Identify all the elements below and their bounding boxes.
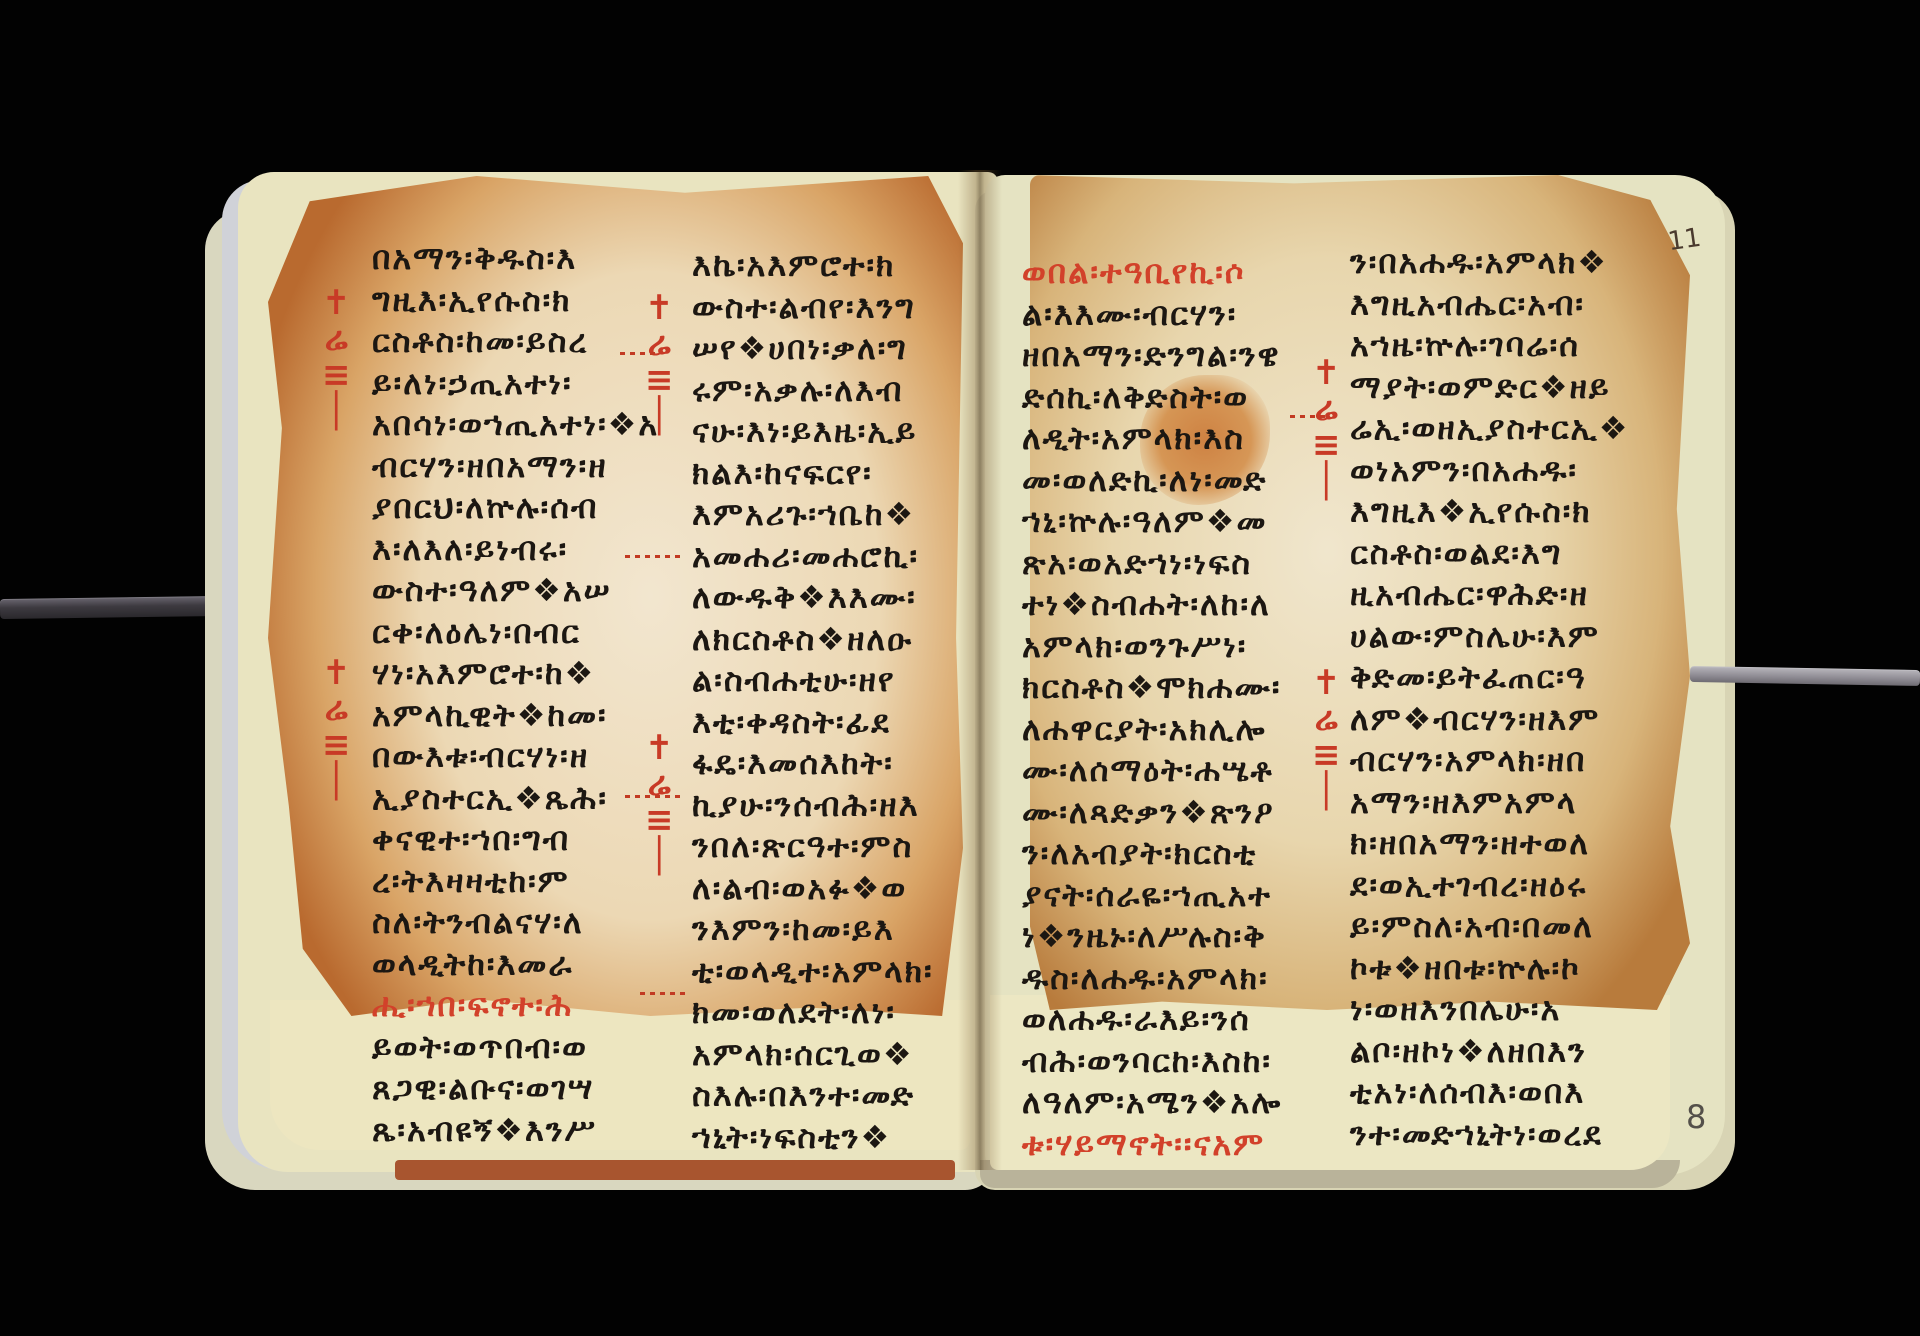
text-line: እግዚአብሔር፡አብ፡ [1350, 284, 1629, 326]
text-line: ኪያሁ፡ንሰብሕ፡ዘእ [692, 785, 934, 827]
text-line: መ፡ወለድኪ፡ለነ፡መድ [1022, 460, 1282, 502]
left-page-column-1: በአማን፡ቅዱስ፡እ ግዚእ፡ኢየሱስ፡ክ ርስቶስ፡ከመ፡ይስረ ይ፡ለነ፡ኃ… [372, 238, 659, 1151]
text-line: ነ❖ንዜኑ፡ለሥሉስ፡ቅ [1022, 916, 1282, 958]
text-line: ይ፡ለነ፡ኃጢአተነ፡ [372, 363, 659, 405]
text-line: ኀኒ፡ኵሉ፡ዓለም❖መ [1022, 501, 1282, 543]
text-line: ንእምን፡ከመ፡ይእ [692, 909, 934, 951]
text-line: ክልእ፡ከናፍርየ፡ [692, 453, 934, 495]
text-line: ቅድመ፡ይትፈጠር፡ዓ [1350, 657, 1629, 699]
text-line: ሀልው፡ምስሌሁ፡እም [1350, 616, 1629, 658]
text-line: በአማን፡ቅዱስ፡እ [372, 238, 659, 280]
text-line: ይ፡ምስለ፡አብ፡በመለ [1350, 906, 1629, 948]
text-line: ሙ፡ለጻድቃን❖ጽንዖ [1022, 792, 1282, 834]
text-line: ሠየ❖ሀበነ፡ቃለ፡ግ [692, 328, 934, 370]
text-line: ቲ፡ወላዲተ፡አምላክ፡ [692, 951, 934, 993]
text-line: ለ፡ልብ፡ወአፉ❖ወ [692, 868, 934, 910]
text-line: ጼ፡አብዩኝ❖እንሥ [372, 1110, 659, 1152]
right-page-column-2: ን፡በአሐዱ፡አምላክ❖ እግዚአብሔር፡አብ፡ አኀዜ፡ኵሉ፡ገባሬ፡ሰ ማያ… [1350, 242, 1629, 1155]
text-line: ኀኒት፡ነፍስቲን❖ [692, 1117, 934, 1159]
text-line-rubricated: ወበል፡ተዓቢየኪ፡ሶ [1022, 252, 1282, 294]
text-line: ጸጋዊ፡ልቡና፡ወገሣ [372, 1068, 659, 1110]
text-line: ለዓለም፡አሜን❖አሎ [1022, 1082, 1282, 1124]
text-line: ለውዱቅ❖እእሙ፡ [692, 577, 934, 619]
text-line: አማን፡ዘእምአምላ [1350, 782, 1629, 824]
text-line: አምላክ፡ሰርጊወ❖ [692, 1034, 934, 1076]
text-line: ርስቶስ፡ከመ፡ይስረ [372, 321, 659, 363]
text-line: አኀዜ፡ኵሉ፡ገባሬ፡ሰ [1350, 325, 1629, 367]
text-line: ናሁ፡እነ፡ይእዜ፡ኢይ [692, 411, 934, 453]
text-line: ክርስቶስ❖ሞክሐሙ፡ [1022, 667, 1282, 709]
rubric-cross-mark-icon: ✝ሬ≡│ [322, 655, 351, 799]
text-line: ደ፡ወኢተገብረ፡ዘዕሩ [1350, 865, 1629, 907]
manuscript-photo: ✝ሬ≡│ ✝ሬ≡│ ✝ሬ≡│ ✝ሬ≡│ ✝ሬ≡│ ✝ሬ≡│ በአማን፡ቅዱስ፡እ… [0, 0, 1920, 1336]
text-line: ብርሃን፡ዘበአማን፡ዘ [372, 446, 659, 488]
text-line: ቀናዊተ፡ኀበ፡ግብ [372, 819, 659, 861]
text-line: አምላክ፡ወንጉሥነ፡ [1022, 626, 1282, 668]
leather-edge-left [395, 1160, 955, 1180]
text-line: ወነአምን፡በአሐዱ፡ [1350, 450, 1629, 492]
text-line: ማያት፡ወምድር❖ዘይ [1350, 367, 1629, 409]
right-page-column-1: ወበል፡ተዓቢየኪ፡ሶ ል፡እእሙ፡ብርሃን፡ ዘበአማን፡ድንግል፡ንዌ ድሰ… [1022, 252, 1282, 1165]
text-line: ሃነ፡አእምሮተ፡ከ❖ [372, 653, 659, 695]
text-line: ዱስ፡ለሐዱ፡አምላክ፡ [1022, 958, 1282, 1000]
text-line: ለዲት፡አምላክ፡እስ [1022, 418, 1282, 460]
text-line: ል፡ስብሐቲሁ፡ዘየ [692, 660, 934, 702]
text-line: ሩም፡አቃሉ፡ለእብ [692, 370, 934, 412]
text-line: ርስቶስ፡ወልደ፡እግ [1350, 533, 1629, 575]
text-line: እ፡ለእለ፡ይነብሩ፡ [372, 529, 659, 571]
text-line: ዘበአማን፡ድንግል፡ንዌ [1022, 335, 1282, 377]
text-line: ክመ፡ወለደት፡ለነ፡ [692, 992, 934, 1034]
text-line: በውእቱ፡ብርሃነ፡ዘ [372, 736, 659, 778]
text-line: ስእሉ፡በእንተ፡መድ [692, 1075, 934, 1117]
text-line: እግዚእ❖ኢየሱስ፡ክ [1350, 491, 1629, 533]
text-line: ኢያስተርኢ❖ጼሕ፡ [372, 778, 659, 820]
text-line: ለክርስቶስ❖ዘለዑ [692, 619, 934, 661]
text-line: ብሕ፡ወንባርከ፡እስከ፡ [1022, 1041, 1282, 1083]
text-line: ክ፡ዘበአማን፡ዘተወለ [1350, 823, 1629, 865]
folio-number-top: 11 [1666, 223, 1703, 257]
text-line: ን፡ለአብያት፡ክርስቲ [1022, 833, 1282, 875]
text-line: ን፡በአሐዱ፡አምላክ❖ [1350, 242, 1629, 284]
text-line: እቲ፡ቀዳስት፡ፊደ [692, 702, 934, 744]
rubric-cross-mark-icon: ✝ሬ≡│ [1312, 355, 1341, 499]
text-line: ልቦ፡ዘኮነ❖ለዘበእን [1350, 1031, 1629, 1073]
text-line: ስለ፡ትንብልናሃ፡ለ [372, 902, 659, 944]
text-line: ነ፡ወዘእንበሌሁ፡አ [1350, 989, 1629, 1031]
text-line: አምላኪዊት❖ከመ፡ [372, 695, 659, 737]
text-line: ዚአብሔር፡ዋሕድ፡ዘ [1350, 574, 1629, 616]
book-gutter [958, 170, 1002, 1170]
text-line: ኮቱ❖ዘበቱ፡ኵሉ፡ኮ [1350, 948, 1629, 990]
text-line: ወለሐዱ፡ራእይ፡ንሰ [1022, 999, 1282, 1041]
text-line: ጽአ፡ወአድኀነ፡ነፍስ [1022, 543, 1282, 585]
text-line: ንተ፡መድኀኒትነ፡ወረደ [1350, 1114, 1629, 1156]
text-line: ለሐዋርያት፡አክሊሎ [1022, 709, 1282, 751]
text-line: ብርሃን፡አምላክ፡ዘበ [1350, 740, 1629, 782]
text-line: ድሰኪ፡ለቅድስት፡ወ [1022, 377, 1282, 419]
folio-number-bottom: 8 [1686, 1098, 1706, 1136]
text-line: ፋዴ፡እመሰእከት፡ [692, 743, 934, 785]
text-line: እምአሪጉ፡ኀቤከ❖ [692, 494, 934, 536]
text-line: ግዚእ፡ኢየሱስ፡ክ [372, 280, 659, 322]
text-line: እኬ፡አእምሮተ፡ክ [692, 245, 934, 287]
text-line-rubricated: ቱ፡ሃይማኖት፡፡ናአም [1022, 1124, 1282, 1166]
text-line-rubricated: ሒ፡ኀበ፡ፍኖተ፡ሕ [372, 985, 659, 1027]
text-line: ሬኢ፡ወዘኢያስተርኢ❖ [1350, 408, 1629, 450]
text-line: ል፡እእሙ፡ብርሃን፡ [1022, 294, 1282, 336]
left-page-column-2: እኬ፡አእምሮተ፡ክ ውስተ፡ልብየ፡እንግ ሠየ❖ሀበነ፡ቃለ፡ግ ሩም፡አቃ… [692, 245, 934, 1158]
text-line: ለም❖ብርሃን፡ዘእም [1350, 699, 1629, 741]
text-line: ሙ፡ለሰማዕት፡ሐሤቶ [1022, 750, 1282, 792]
text-line: ርቀ፡ለዕሌነ፡በብር [372, 612, 659, 654]
rubric-cross-mark-icon: ✝ሬ≡│ [1312, 665, 1341, 809]
text-line: ተነ❖ስብሐት፡ለከ፡ለ [1022, 584, 1282, 626]
text-line: ይወት፡ወጥበብ፡ወ [372, 1027, 659, 1069]
text-line: ያናት፡ሰራዬ፡ኀጢአተ [1022, 875, 1282, 917]
text-line: ረ፡ትእዛዛቲከ፡ም [372, 861, 659, 903]
rubric-dotted-rule [1290, 415, 1330, 418]
text-line: ወላዲትከ፡እመራ [372, 944, 659, 986]
text-line: ውስተ፡ልብየ፡እንግ [692, 287, 934, 329]
text-line: ንበለ፡ጽርዓተ፡ምስ [692, 826, 934, 868]
rubric-cross-mark-icon: ✝ሬ≡│ [322, 285, 351, 429]
text-line: ውስተ፡ዓለም❖አሠ [372, 570, 659, 612]
text-line: ያበርህ፡ለኵሉ፡ሰብ [372, 487, 659, 529]
text-line: አመሐሪ፡መሐሮኪ፡ [692, 536, 934, 578]
text-line: አበሳነ፡ወኀጢአተነ፡❖አ [372, 404, 659, 446]
text-line: ቲአነ፡ለሰብእ፡ወበእ [1350, 1072, 1629, 1114]
